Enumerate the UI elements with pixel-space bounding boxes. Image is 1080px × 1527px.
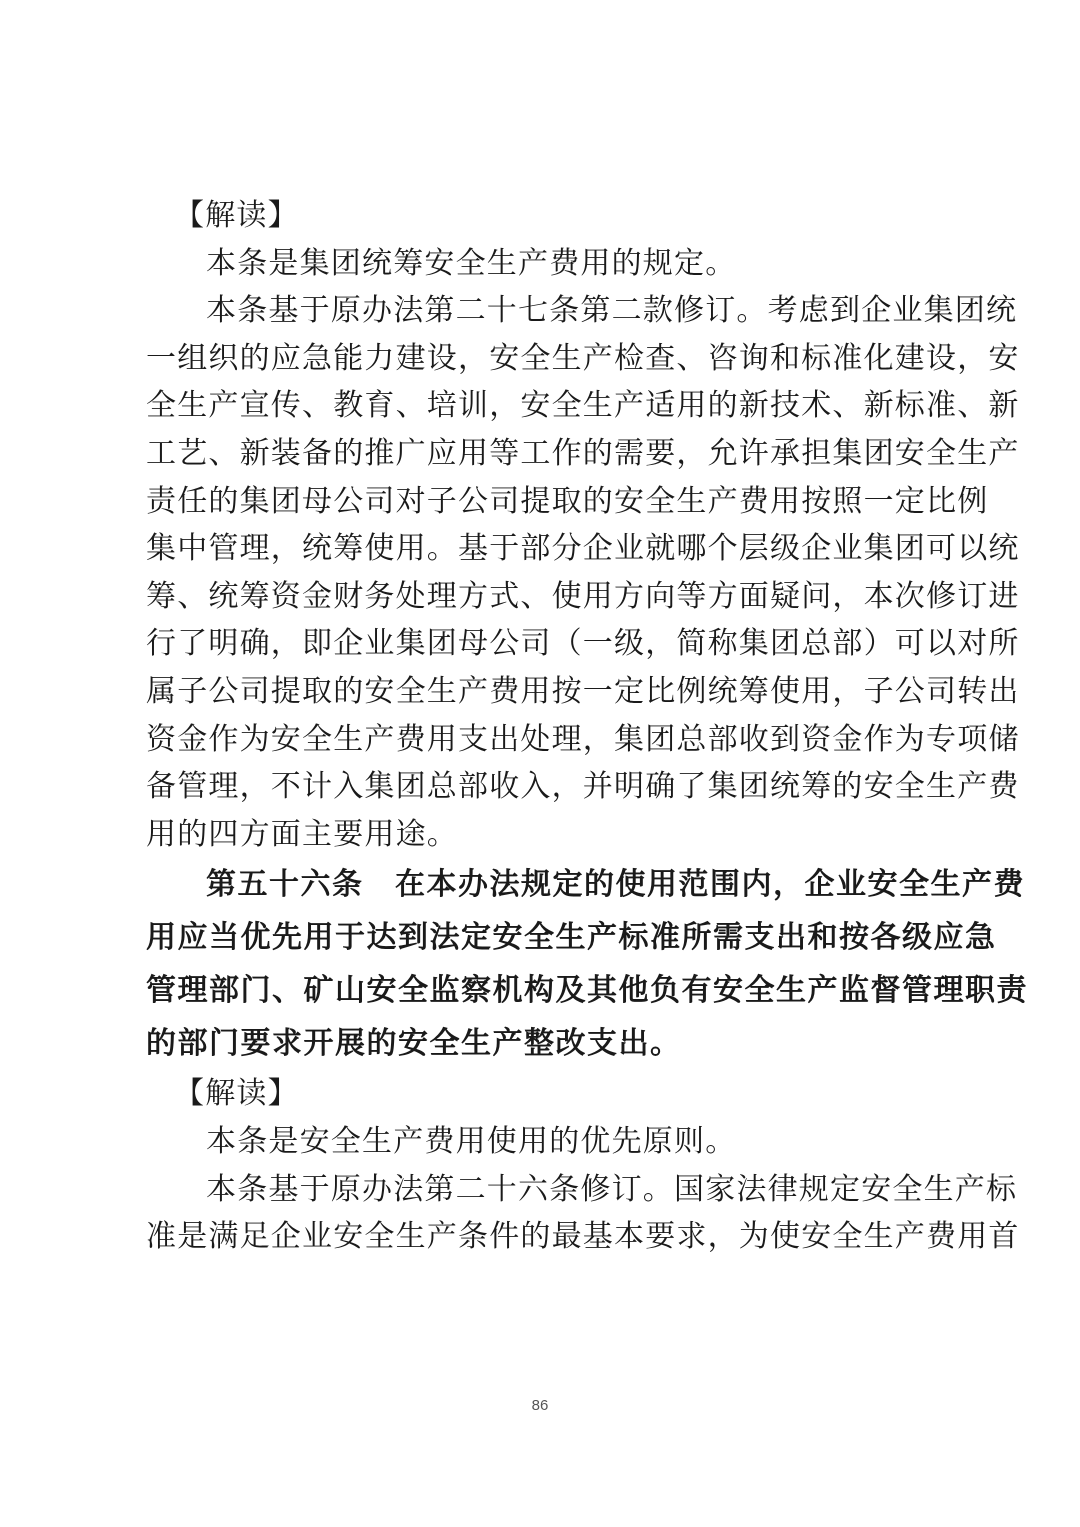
body-line: 行了明确，即企业集团母公司（一级，简称集团总部）可以对所: [146, 620, 946, 668]
interpretation-body: 本条基于原办法第二十六条修订。国家法律规定安全生产标 准是满足企业安全生产条件的…: [146, 1166, 946, 1261]
body-line: 一组织的应急能力建设，安全生产检查、咨询和标准化建设，安: [146, 335, 946, 383]
interpretation-summary: 本条是安全生产费用使用的优先原则。: [146, 1118, 946, 1166]
body-line: 资金作为安全生产费用支出处理，集团总部收到资金作为专项储: [146, 716, 946, 764]
article-line: 管理部门、矿山安全监察机构及其他负有安全生产监督管理职责: [146, 964, 946, 1017]
body-line: 本条基于原办法第二十七条第二款修订。考虑到企业集团统: [146, 287, 946, 335]
body-line: 备管理，不计入集团总部收入，并明确了集团统筹的安全生产费: [146, 763, 946, 811]
body-line: 属子公司提取的安全生产费用按一定比例统筹使用，子公司转出: [146, 668, 946, 716]
interpretation-heading: 【解读】: [146, 192, 946, 240]
body-line: 全生产宣传、教育、培训，安全生产适用的新技术、新标准、新: [146, 382, 946, 430]
interpretation-body: 本条基于原办法第二十七条第二款修订。考虑到企业集团统 一组织的应急能力建设，安全…: [146, 287, 946, 858]
article-56: 第五十六条 在本办法规定的使用范围内，企业安全生产费 用应当优先用于达到法定安全…: [146, 858, 946, 1070]
document-page: 【解读】 本条是集团统筹安全生产费用的规定。 本条基于原办法第二十七条第二款修订…: [146, 192, 946, 1261]
body-line: 工艺、新装备的推广应用等工作的需要，允许承担集团安全生产: [146, 430, 946, 478]
body-line: 集中管理，统筹使用。基于部分企业就哪个层级企业集团可以统: [146, 525, 946, 573]
body-line: 本条基于原办法第二十六条修订。国家法律规定安全生产标: [146, 1166, 946, 1214]
body-line: 筹、统筹资金财务处理方式、使用方向等方面疑问，本次修订进: [146, 573, 946, 621]
article-line: 用应当优先用于达到法定安全生产标准所需支出和按各级应急: [146, 911, 946, 964]
page-number: 86: [0, 1397, 1080, 1414]
interpretation-heading: 【解读】: [146, 1070, 946, 1118]
body-line: 责任的集团母公司对子公司提取的安全生产费用按照一定比例: [146, 478, 946, 526]
article-line: 的部门要求开展的安全生产整改支出。: [146, 1017, 946, 1070]
body-line: 用的四方面主要用途。: [146, 811, 946, 859]
body-line: 准是满足企业安全生产条件的最基本要求，为使安全生产费用首: [146, 1213, 946, 1261]
article-line: 第五十六条 在本办法规定的使用范围内，企业安全生产费: [146, 858, 946, 911]
interpretation-summary: 本条是集团统筹安全生产费用的规定。: [146, 240, 946, 288]
